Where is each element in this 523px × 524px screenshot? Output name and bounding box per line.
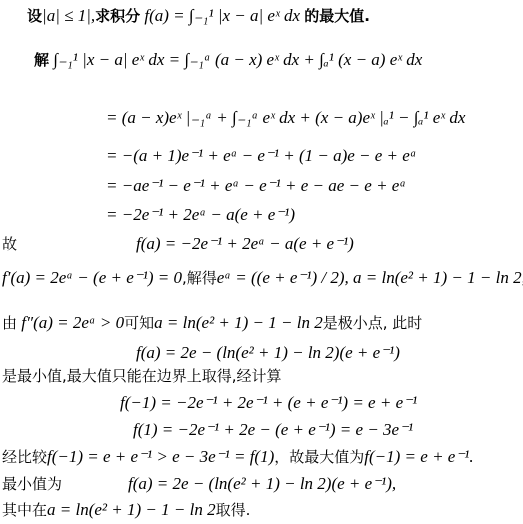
attained-text: 其中在 (2, 501, 47, 519)
min-point-text: 是极小点, 此时 (323, 314, 423, 332)
know-text: 可知 (124, 314, 154, 332)
derivative-text: ,解得 (182, 269, 217, 287)
compare-line: 经比较f(−1) = e + e⁻¹ > e − 3e⁻¹ = f(1)，故最大… (2, 447, 474, 467)
problem-suffix: 的最大值. (304, 7, 370, 25)
derivative-formula: f′(a) = 2eᵃ − (e + e⁻¹) = 0 (2, 268, 182, 287)
f-neg1-calc: f(−1) = −2e⁻¹ + 2e⁻¹ + (e + e⁻¹) = e + e… (120, 393, 417, 413)
solution-step-1: 解 ∫₋₁¹ |x − a| eˣ dx = ∫₋₁ᵃ (a − x) eˣ d… (34, 50, 422, 70)
solution-step-4: = −ae⁻¹ − e⁻¹ + eᵃ − e⁻¹ + e − ae − e + … (106, 176, 406, 196)
by-text: 由 (2, 314, 17, 332)
max-text: ，故最大值为 (274, 448, 364, 466)
therefore-label: 故 (2, 235, 17, 253)
attained-formula: a = ln(e² + 1) − 1 − ln 2 (47, 500, 216, 519)
problem-formula: f(a) = ∫₋₁¹ |x − a| eˣ dx (144, 6, 300, 25)
problem-statement: 设|a| ≤ 1|,求积分 f(a) = ∫₋₁¹ |x − a| eˣ dx … (27, 6, 370, 26)
min-formula: f(a) = 2e − (ln(e² + 1) − ln 2)(e + e⁻¹) (136, 343, 400, 363)
second-derivative-line: 由 f″(a) = 2eᵃ > 0可知a = ln(e² + 1) − 1 − … (2, 313, 422, 333)
second-derivative-formula: f″(a) = 2eᵃ > 0 (21, 313, 124, 332)
solution-label: 解 (34, 51, 49, 69)
max-formula: f(−1) = e + e⁻¹. (364, 447, 473, 466)
compare-text: 经比较 (2, 448, 47, 466)
min-value-formula: f(a) = 2e − (ln(e² + 1) − ln 2)(e + e⁻¹)… (128, 474, 396, 494)
derivative-line: f′(a) = 2eᵃ − (e + e⁻¹) = 0,解得eᵃ = ((e +… (2, 268, 523, 288)
derivative-result: , a = ln(e² + 1) − 1 − ln 2, (345, 268, 523, 287)
therefore-line: 故 (2, 234, 17, 254)
problem-prefix: 设 (27, 7, 42, 25)
problem-ask: 求积分 (95, 7, 140, 25)
solution-step-5: = −2e⁻¹ + 2eᵃ − a(e + e⁻¹) (106, 205, 295, 225)
attained-line: 其中在a = ln(e² + 1) − 1 − ln 2取得. (2, 500, 250, 520)
min-note: 是最小值,最大值只能在边界上取得,经计算 (2, 366, 282, 386)
critical-point: a = ln(e² + 1) − 1 − ln 2 (154, 313, 323, 332)
min-value-label: 最小值为 (2, 475, 62, 493)
problem-condition: |a| ≤ 1|, (42, 6, 95, 25)
solution-step-3: = −(a + 1)e⁻¹ + eᵃ − e⁻¹ + (1 − a)e − e … (106, 146, 417, 166)
step-formula: ∫₋₁¹ |x − a| eˣ dx = ∫₋₁ᵃ (a − x) eˣ dx … (53, 50, 422, 69)
f-1-calc: f(1) = −2e⁻¹ + 2e − (e + e⁻¹) = e − 3e⁻¹ (133, 420, 413, 440)
derivative-solve: eᵃ = ((e + e⁻¹) / 2) (217, 268, 345, 287)
min-value-line: 最小值为 (2, 474, 62, 494)
solution-step-2: = (a − x)eˣ |₋₁ᵃ + ∫₋₁ᵃ eˣ dx + (x − a)e… (106, 108, 465, 128)
compare-formula: f(−1) = e + e⁻¹ > e − 3e⁻¹ = f(1) (47, 447, 274, 466)
therefore-formula: f(a) = −2e⁻¹ + 2eᵃ − a(e + e⁻¹) (136, 234, 354, 254)
attained-suffix: 取得. (216, 501, 251, 519)
